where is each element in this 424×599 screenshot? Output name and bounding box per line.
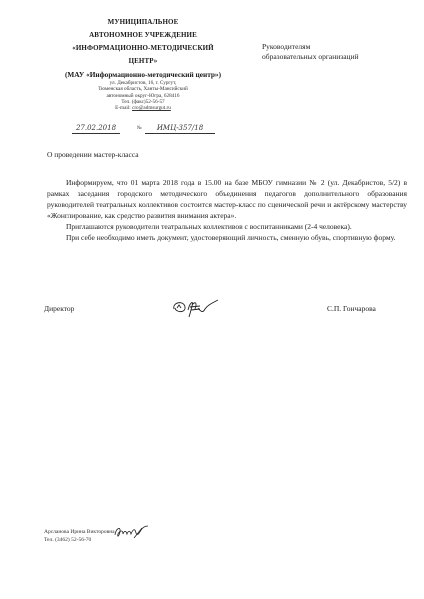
signatory-title: Директор: [44, 304, 74, 313]
executor-block: Арсланова Ирина Викторовна Тел. (3462) 5…: [44, 529, 115, 544]
document-number: ИМЦ-357/18: [145, 124, 215, 134]
document-number-label: №: [137, 126, 142, 131]
org-name-line: «ИНФОРМАЦИОННО-МЕТОДИЧЕСКИЙ: [40, 42, 246, 55]
org-name-line: АВТОНОМНОЕ УЧРЕЖДЕНИЕ: [40, 29, 246, 42]
body-paragraph: При себе необходимо иметь документ, удос…: [47, 232, 407, 243]
email-line: E-mail: cro@admsurgut.ru: [40, 105, 246, 111]
executor-phone: Тел. (3462) 52-56-70: [44, 537, 115, 545]
signatory-name: С.П. Гончарова: [327, 304, 376, 313]
email-link[interactable]: cro@admsurgut.ru: [132, 105, 171, 111]
body-paragraph: Приглашаются руководители театральных ко…: [47, 221, 407, 232]
org-short-name: (МАУ «Информационно-методический центр»): [40, 70, 246, 80]
org-name-line: МУНИЦИПАЛЬНОЕ: [40, 16, 246, 29]
director-signature-icon: [170, 296, 230, 318]
executor-name: Арсланова Ирина Викторовна: [44, 529, 115, 537]
recipient-line: Руководителям: [262, 42, 359, 52]
document-date: 27.02.2018: [72, 124, 120, 134]
recipient-block: Руководителям образовательных организаци…: [262, 42, 359, 61]
org-name-line: ЦЕНТР»: [40, 55, 246, 68]
letterhead: МУНИЦИПАЛЬНОЕ АВТОНОМНОЕ УЧРЕЖДЕНИЕ «ИНФ…: [40, 16, 246, 111]
letter-body: Информируем, что 01 марта 2018 года в 15…: [47, 177, 407, 243]
recipient-line: образовательных организаций: [262, 52, 359, 62]
body-paragraph: Информируем, что 01 марта 2018 года в 15…: [47, 177, 407, 221]
email-label: E-mail:: [115, 105, 132, 111]
executor-signature-icon: [112, 524, 150, 540]
letter-subject: О проведении мастер-класса: [47, 150, 139, 159]
